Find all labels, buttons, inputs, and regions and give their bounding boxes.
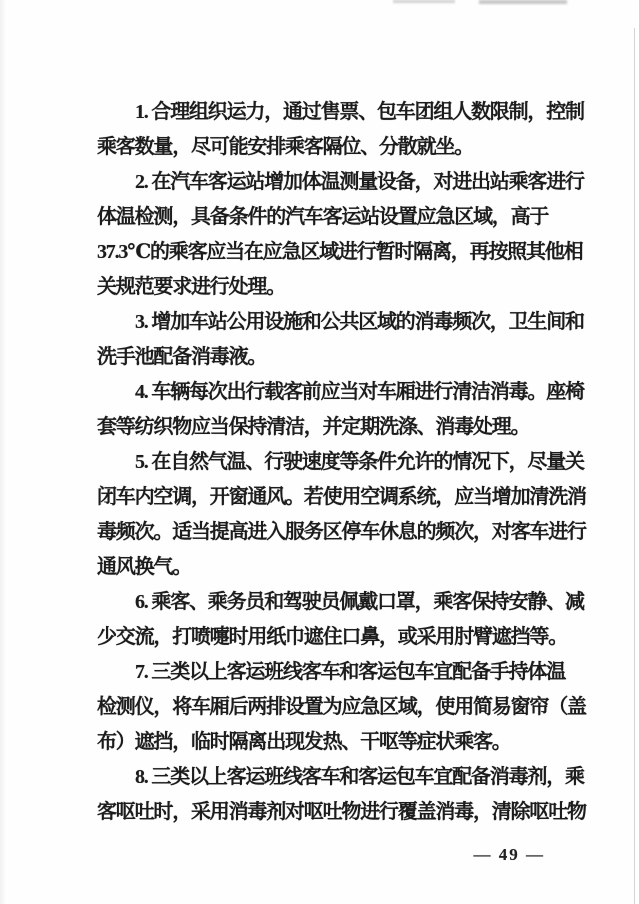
paragraph-line: 布）遮挡，临时隔离出现发热、干呕等症状乘客。 xyxy=(97,725,547,760)
paragraph-line: 7. 三类以上客运班线客车和客运包车宜配备手持体温 xyxy=(97,655,547,690)
paragraph-line: 闭车内空调，开窗通风。若使用空调系统，应当增加清洗消 xyxy=(97,480,547,515)
paragraph-line: 客呕吐时，采用消毒剂对呕吐物进行覆盖消毒，清除呕吐物 xyxy=(97,795,547,830)
scanned-document-page: 1. 合理组织运力，通过售票、包车团组人数限制，控制 乘客数量，尽可能安排乘客隔… xyxy=(0,0,639,904)
page-number: — 49 — xyxy=(474,845,546,865)
paragraph-line: 通风换气。 xyxy=(97,550,547,585)
paragraph-line: 6. 乘客、乘务员和驾驶员佩戴口罩，乘客保持安静、减 xyxy=(97,585,547,620)
paragraph-line: 体温检测，具备条件的汽车客运站设置应急区域，高于 xyxy=(97,200,547,235)
paragraph-line: 1. 合理组织运力，通过售票、包车团组人数限制，控制 xyxy=(97,95,547,130)
document-body: 1. 合理组织运力，通过售票、包车团组人数限制，控制 乘客数量，尽可能安排乘客隔… xyxy=(97,95,547,830)
paragraph-line: 2. 在汽车客运站增加体温测量设备，对进出站乘客进行 xyxy=(97,165,547,200)
paragraph-line: 检测仪，将车厢后两排设置为应急区域，使用简易窗帘（盖 xyxy=(97,690,547,725)
paragraph-line: 5. 在自然气温、行驶速度等条件允许的情况下，尽量关 xyxy=(97,445,547,480)
paragraph-line: 4. 车辆每次出行载客前应当对车厢进行清洁消毒。座椅 xyxy=(97,375,547,410)
paragraph-line: 毒频次。适当提高进入服务区停车休息的频次，对客车进行 xyxy=(97,515,547,550)
scan-edge-line-artifact xyxy=(634,28,635,904)
paragraph-line: 洗手池配备消毒液。 xyxy=(97,340,547,375)
scan-smudge-artifact xyxy=(393,0,455,3)
paragraph-line: 关规范要求进行处理。 xyxy=(97,270,547,305)
paragraph-line: 37.3℃的乘客应当在应急区域进行暂时隔离，再按照其他相 xyxy=(97,235,547,270)
paragraph-line: 乘客数量，尽可能安排乘客隔位、分散就坐。 xyxy=(97,130,547,165)
paragraph-line: 8. 三类以上客运班线客车和客运包车宜配备消毒剂，乘 xyxy=(97,760,547,795)
scan-smudge-artifact xyxy=(479,0,567,4)
paragraph-line: 少交流，打喷嚏时用纸巾遮住口鼻，或采用肘臂遮挡等。 xyxy=(97,620,547,655)
paragraph-line: 套等纺织物应当保持清洁，并定期洗涤、消毒处理。 xyxy=(97,410,547,445)
paragraph-line: 3. 增加车站公用设施和公共区域的消毒频次，卫生间和 xyxy=(97,305,547,340)
